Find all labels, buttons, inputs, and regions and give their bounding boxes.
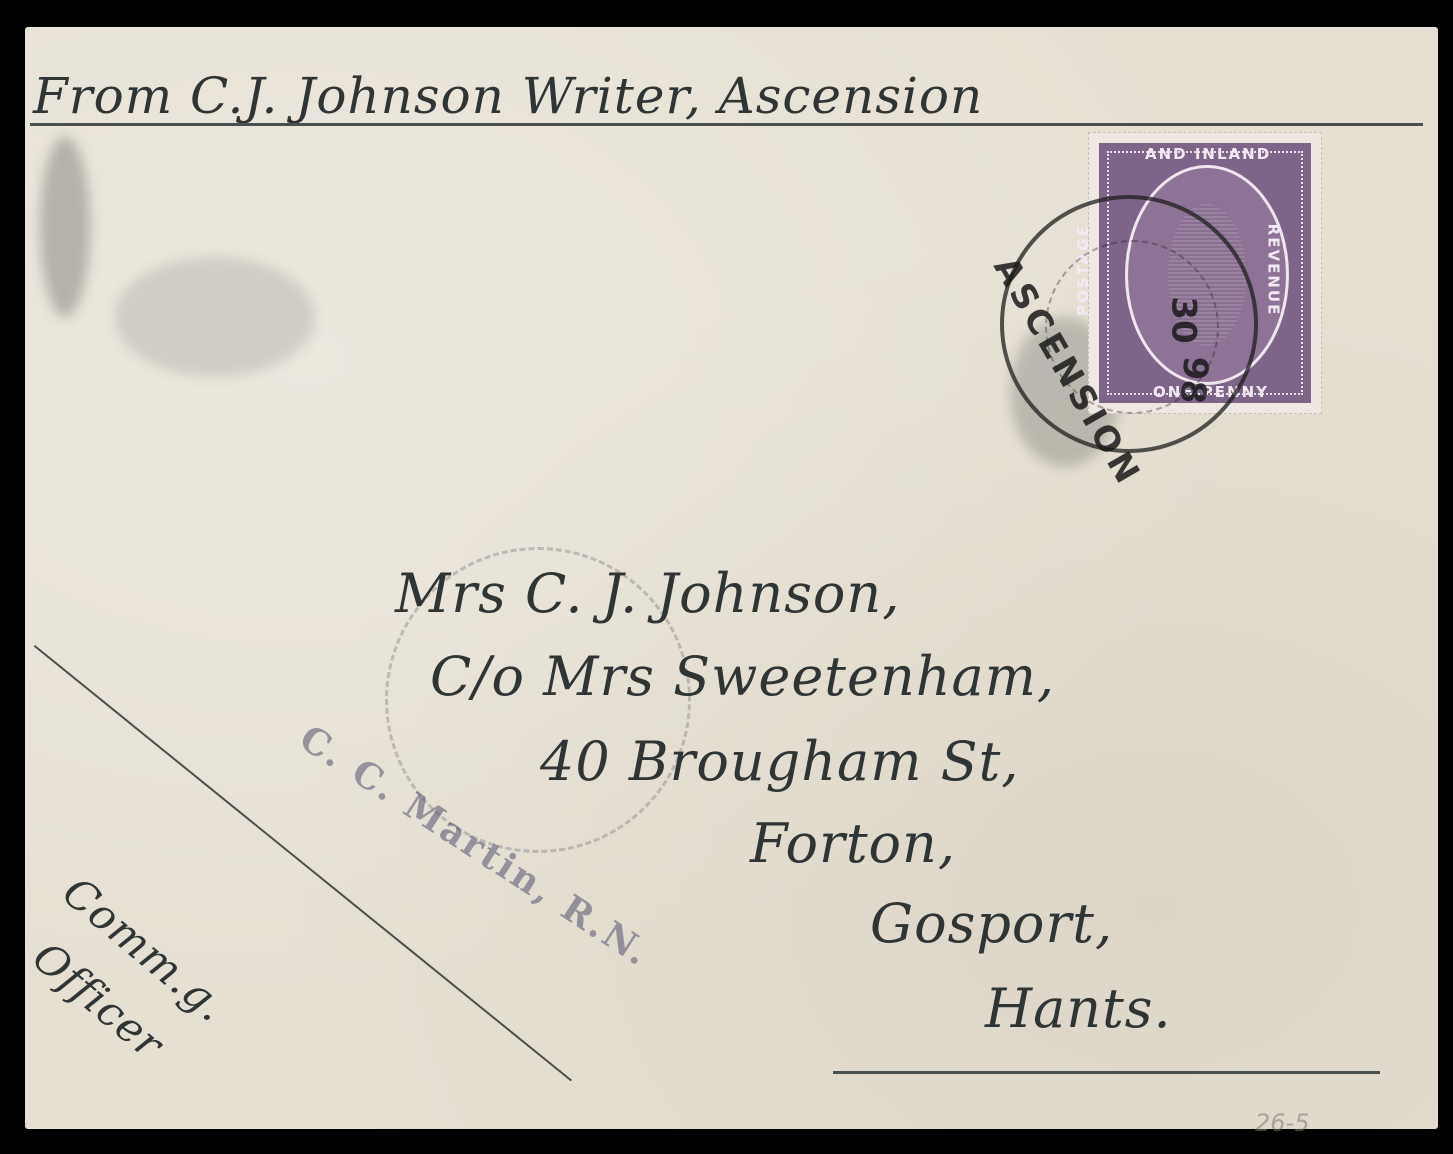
stamp-inscription-right: REVENUE <box>1264 224 1282 317</box>
top-rule <box>30 123 1423 126</box>
ink-smudge <box>40 137 90 317</box>
postmark-day: 30 <box>1164 296 1204 343</box>
ink-smudge <box>115 257 315 377</box>
address-line-6: Hants. <box>985 977 1172 1040</box>
pencil-note: 26-5 <box>1255 1109 1309 1137</box>
sender-line: From C.J. Johnson Writer, Ascension <box>33 67 983 125</box>
postmark-year: 98 <box>1172 355 1216 406</box>
stamp-inscription-top: AND INLAND <box>1145 145 1271 163</box>
address-line-1: Mrs C. J. Johnson, <box>395 562 900 625</box>
address-line-3: 40 Brougham St, <box>540 730 1019 793</box>
address-line-4: Forton, <box>750 812 956 875</box>
address-underline <box>833 1071 1380 1074</box>
address-line-5: Gosport, <box>870 892 1113 955</box>
address-line-2: C/o Mrs Sweetenham, <box>430 645 1055 708</box>
